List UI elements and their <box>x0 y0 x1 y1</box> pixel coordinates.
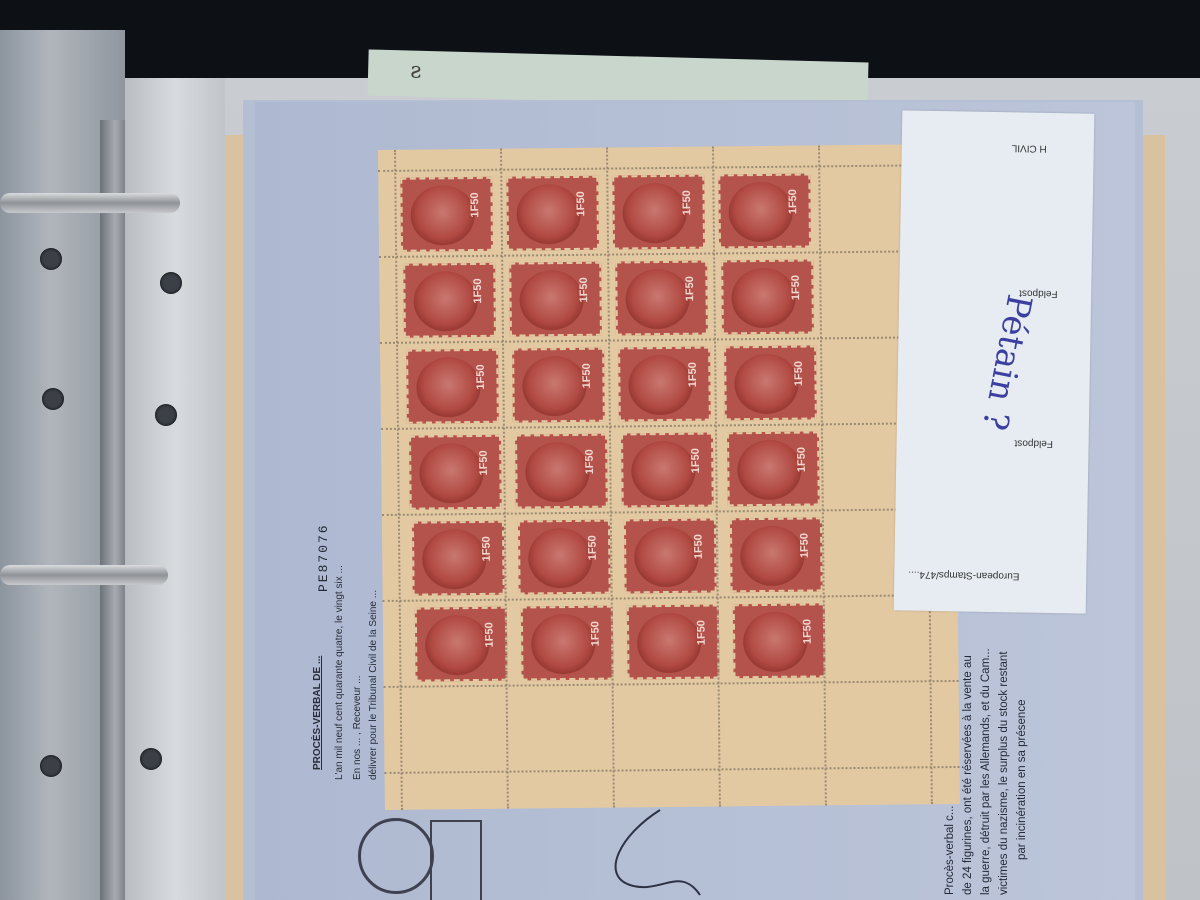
punch-hole <box>40 755 62 777</box>
punch-hole <box>155 404 177 426</box>
stamp: 1F50 <box>624 518 717 593</box>
official-seal-stamp <box>358 818 434 894</box>
stamp-denomination: 1F50 <box>790 275 802 300</box>
punch-hole <box>140 748 162 770</box>
label-line: H CIVIL <box>1012 142 1047 154</box>
portrait-medallion <box>413 271 478 332</box>
stamp: 1F50 <box>512 348 605 423</box>
stamp-denomination: 1F50 <box>584 449 596 474</box>
stamp-denomination: 1F50 <box>681 190 693 215</box>
pencil-note: ꙅ <box>410 59 422 84</box>
stamp: 1F50 <box>727 431 820 506</box>
stamp-denomination: 1F50 <box>483 622 495 647</box>
document-line: par incinération en sa présence <box>1016 700 1028 860</box>
perforation <box>380 336 955 344</box>
stamp-denomination: 1F50 <box>693 534 705 559</box>
stamp-denomination: 1F50 <box>578 277 590 302</box>
label-line: European-Stamps/474.... <box>908 569 1019 582</box>
stamp-denomination: 1F50 <box>581 363 593 388</box>
stamp: 1F50 <box>509 262 602 337</box>
portrait-medallion <box>416 357 481 418</box>
portrait-medallion <box>728 182 793 243</box>
stamp: 1F50 <box>518 520 611 595</box>
stamp: 1F50 <box>721 259 814 334</box>
perforation <box>383 594 958 602</box>
portrait-medallion <box>425 615 490 676</box>
stamp-denomination: 1F50 <box>472 278 484 303</box>
serial-number: PE87076 <box>316 523 331 592</box>
dealer-label: H CIVIL Feldpost Feldpost European-Stamp… <box>894 110 1095 613</box>
stamp: 1F50 <box>724 345 817 420</box>
stamp-denomination: 1F50 <box>589 621 601 646</box>
punch-hole <box>40 248 62 270</box>
stamp: 1F50 <box>618 347 711 422</box>
document-line: L'an mil neuf cent quarante quatre, le v… <box>334 565 345 780</box>
binder-ring-middle[interactable] <box>0 565 168 585</box>
punch-hole <box>160 272 182 294</box>
portrait-medallion <box>522 356 587 417</box>
portrait-medallion <box>519 270 584 331</box>
stamp: 1F50 <box>733 603 826 678</box>
perforation <box>385 766 960 774</box>
stamp-denomination: 1F50 <box>687 362 699 387</box>
portrait-medallion <box>531 614 596 675</box>
stamp: 1F50 <box>506 176 599 251</box>
stamp: 1F50 <box>403 263 496 338</box>
stamp: 1F50 <box>627 604 720 679</box>
stamp: 1F50 <box>406 349 499 424</box>
portrait-medallion <box>422 529 487 590</box>
stamp-denomination: 1F50 <box>575 191 587 216</box>
document-line: délivrer pour le Tribunal Civil de la Se… <box>368 590 379 780</box>
portrait-medallion <box>634 527 699 588</box>
stamp-sheet[interactable]: 1F501F501F501F501F501F501F501F501F501F50… <box>378 144 960 810</box>
binder-ring-top[interactable] <box>0 193 180 213</box>
document-line: En nos ... , Receveur ... <box>352 676 363 781</box>
portrait-medallion <box>516 184 581 245</box>
portrait-medallion <box>628 355 693 416</box>
perforation <box>378 164 953 172</box>
document-line: la guerre, détruit par les Allemands, et… <box>980 648 992 895</box>
perforation <box>379 250 954 258</box>
stamp-denomination: 1F50 <box>684 276 696 301</box>
stamp-denomination: 1F50 <box>469 192 481 217</box>
stamp-denomination: 1F50 <box>695 620 707 645</box>
stamp: 1F50 <box>409 435 502 510</box>
document-heading: PROCÈS-VERBAL DE ... <box>312 656 323 770</box>
stamp: 1F50 <box>615 261 708 336</box>
portrait-medallion <box>740 526 805 587</box>
portrait-medallion <box>528 528 593 589</box>
portrait-medallion <box>737 440 802 501</box>
stamp-denomination: 1F50 <box>481 536 493 561</box>
document-line: victimes du nazisme, le surplus du stock… <box>998 651 1010 895</box>
stamp-denomination: 1F50 <box>587 535 599 560</box>
portrait-medallion <box>631 441 696 502</box>
signature <box>600 805 760 900</box>
stamp: 1F50 <box>415 607 508 682</box>
stamp: 1F50 <box>730 517 823 592</box>
perforation <box>382 508 957 516</box>
stamp: 1F50 <box>621 433 714 508</box>
punch-hole <box>42 388 64 410</box>
stamp: 1F50 <box>515 434 608 509</box>
portrait-medallion <box>637 613 702 674</box>
portrait-medallion <box>622 183 687 244</box>
portrait-medallion <box>731 268 796 329</box>
stamp: 1F50 <box>412 521 505 596</box>
portrait-medallion <box>419 443 484 504</box>
portrait-medallion <box>525 442 590 503</box>
portrait-medallion <box>410 185 475 246</box>
stamp-denomination: 1F50 <box>475 364 487 389</box>
portrait-medallion <box>734 354 799 415</box>
stamp: 1F50 <box>521 606 614 681</box>
stamp: 1F50 <box>718 173 811 248</box>
stamp: 1F50 <box>400 177 493 252</box>
portrait-medallion <box>625 269 690 330</box>
stamp-denomination: 1F50 <box>478 450 490 475</box>
stamp: 1F50 <box>612 175 705 250</box>
rubber-stamp-box <box>430 820 482 900</box>
document-line: de 24 figurines, ont été réservées à la … <box>962 655 974 895</box>
stamp-denomination: 1F50 <box>787 189 799 214</box>
perforation <box>384 680 959 688</box>
handwritten-note: Pétain ? <box>974 291 1039 433</box>
label-line: Feldpost <box>1014 437 1053 449</box>
stamp-denomination: 1F50 <box>793 361 805 386</box>
perforation <box>381 422 956 430</box>
stamp-denomination: 1F50 <box>690 448 702 473</box>
stamp-denomination: 1F50 <box>801 619 813 644</box>
stamp-denomination: 1F50 <box>796 447 808 472</box>
portrait-medallion <box>743 612 808 673</box>
stamp-denomination: 1F50 <box>798 533 810 558</box>
